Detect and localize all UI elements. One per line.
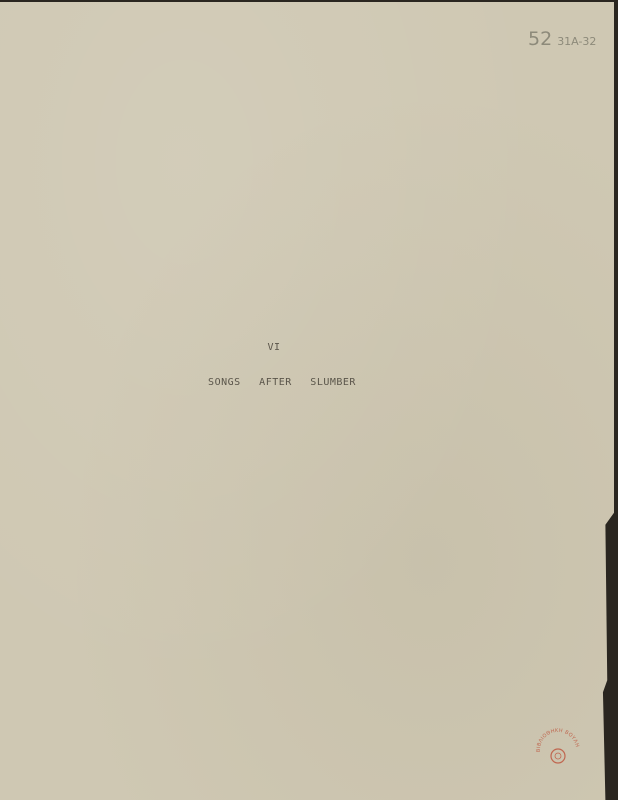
library-stamp-icon: ΒΙΒΛΙΟΘΗΚΗ ΒΟΥΛΗΣ [532, 722, 582, 772]
section-number: VI [0, 342, 583, 353]
archive-number-ref: 31A-32 [557, 35, 596, 48]
svg-text:ΒΙΒΛΙΟΘΗΚΗ ΒΟΥΛΗΣ: ΒΙΒΛΙΟΘΗΚΗ ΒΟΥΛΗΣ [532, 722, 580, 752]
page-top-edge [0, 0, 618, 2]
archive-number: 5231A-32 [528, 28, 596, 50]
section-title: SONGS AFTER SLUMBER [0, 377, 591, 388]
document-page [0, 2, 614, 800]
archive-number-main: 52 [528, 28, 552, 50]
stamp-text: ΒΙΒΛΙΟΘΗΚΗ ΒΟΥΛΗΣ [532, 722, 580, 752]
